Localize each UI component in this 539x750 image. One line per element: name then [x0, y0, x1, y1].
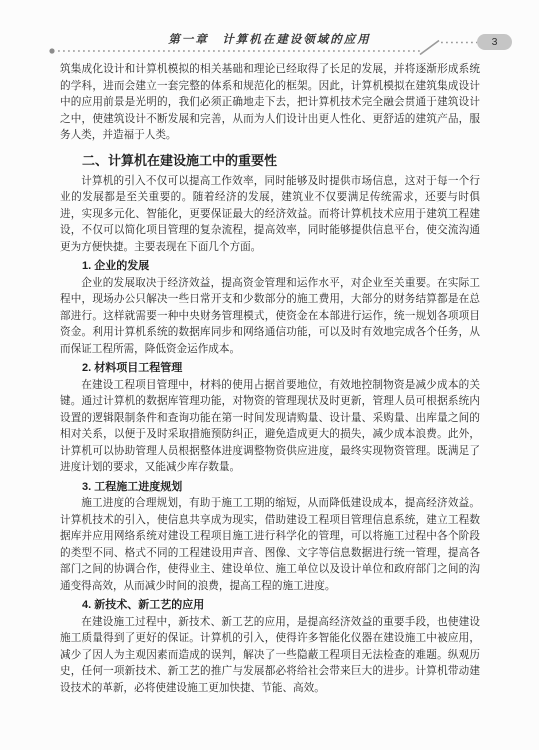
page-number: 3	[492, 36, 498, 48]
section-heading: 二、计算机在建设施工中的重要性	[60, 152, 480, 169]
page-body: 筑集成化设计和计算机模拟的相关基础和理论已经取得了长足的发展，并将逐渐形成系统的…	[60, 62, 480, 697]
section-intro-paragraph: 计算机的引入不仅可以提高工作效率，同时能够及时提供市场信息，这对于每一个行业的发…	[60, 174, 480, 257]
header-rule	[0, 0, 539, 62]
subsection-4-paragraph: 在建设施工过程中，新技术、新工艺的应用，是提高经济效益的重要手段，也使建设施工质…	[60, 615, 480, 698]
book-page: 第一章 计算机在建设领域的应用 3 筑集成化设计和计算机模拟的相关基础和理论已经…	[0, 0, 539, 750]
subsection-3-heading: 3. 工程施工进度规划	[60, 479, 480, 496]
subsection-1-paragraph: 企业的发展取决于经济效益，提高资金管理和运作水平，对企业至关重要。在实际工程中，…	[60, 276, 480, 359]
intro-paragraph: 筑集成化设计和计算机模拟的相关基础和理论已经取得了长足的发展，并将逐渐形成系统的…	[60, 62, 480, 145]
header-bullet-icon	[49, 48, 54, 53]
subsection-2-paragraph: 在建设工程项目管理中，材料的使用占据首要地位，有效地控制物资是减少成本的关键。通…	[60, 378, 480, 477]
subsection-1-heading: 1. 企业的发展	[60, 258, 480, 275]
header-slash-icon	[420, 41, 439, 55]
subsection-3-paragraph: 施工进度的合理规划，有助于施工工期的缩短，从而降低建设成本，提高经济效益。计算机…	[60, 496, 480, 595]
subsection-4-heading: 4. 新技术、新工艺的应用	[60, 597, 480, 614]
page-header: 第一章 计算机在建设领域的应用 3	[0, 0, 539, 62]
subsection-2-heading: 2. 材料项目工程管理	[60, 360, 480, 377]
page-number-badge: 3	[477, 34, 512, 50]
